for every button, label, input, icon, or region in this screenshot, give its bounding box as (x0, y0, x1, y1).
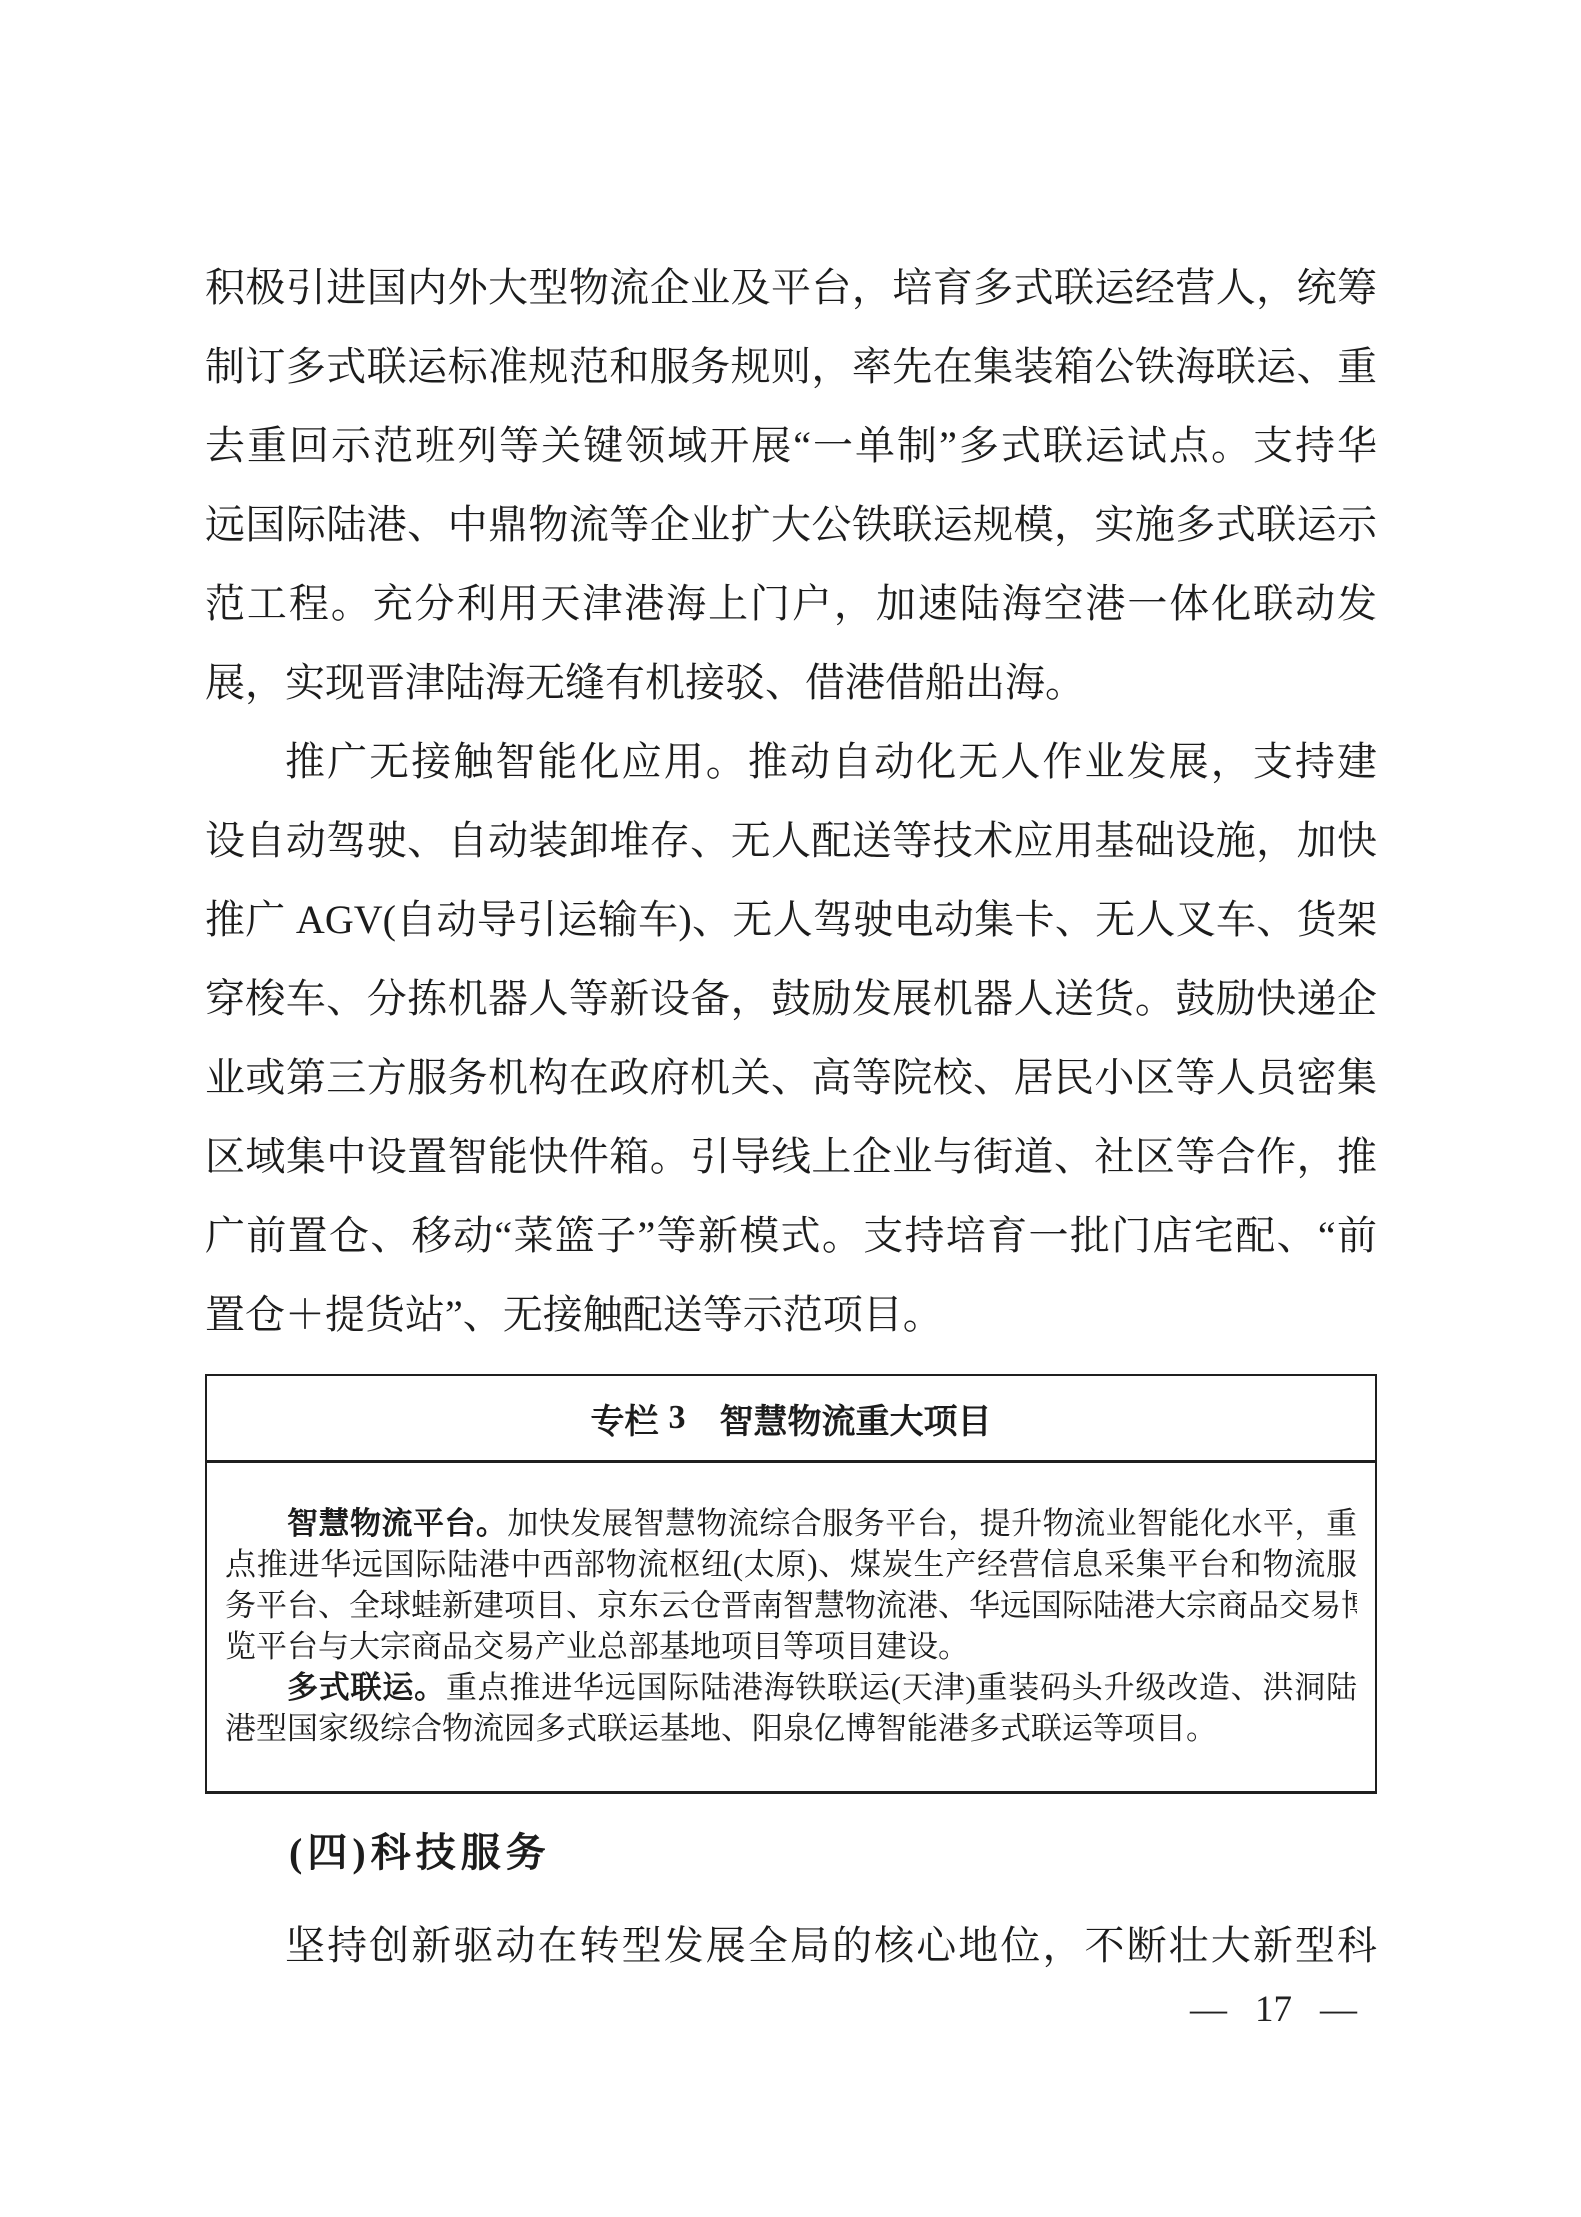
box-title-label: 专栏 (591, 1394, 659, 1443)
body-paragraph-2: 推广无接触智能化应用。推动自动化无人作业发展，支持建 设自动驾驶、自动装卸堆存、… (205, 722, 1377, 1354)
text-line: 远国际陆港、中鼎物流等企业扩大公铁联运规模，实施多式联运示 (205, 485, 1377, 564)
body-paragraph-1: 积极引进国内外大型物流企业及平台，培育多式联运经营人，统筹 制订多式联运标准规范… (205, 248, 1377, 722)
box-title-text: 智慧物流重大项目 (720, 1394, 992, 1443)
text-line: 推广无接触智能化应用。推动自动化无人作业发展，支持建 (205, 722, 1377, 801)
box-text-line: 智慧物流平台。加快发展智慧物流综合服务平台，提升物流业智能化水平，重 (225, 1503, 1357, 1544)
box-text-line: 览平台与大宗商品交易产业总部基地项目等项目建设。 (225, 1626, 1357, 1667)
box-text-line: 点推进华远国际陆港中西部物流枢纽(太原)、煤炭生产经营信息采集平台和物流服 (225, 1544, 1357, 1585)
closing-paragraph: 坚持创新驱动在转型发展全局的核心地位，不断壮大新型科 (205, 1906, 1377, 1985)
text-line: 展，实现晋津陆海无缝有机接驳、借港借船出海。 (205, 643, 1377, 722)
paragraph-text: 加快发展智慧物流综合服务平台，提升物流业智能化水平，重 (507, 1506, 1357, 1541)
text-line: 穿梭车、分拣机器人等新设备，鼓励发展机器人送货。鼓励快递企 (205, 959, 1377, 1038)
box-text-line: 务平台、全球蛙新建项目、京东云仓晋南智慧物流港、华远国际陆港大宗商品交易博 (225, 1585, 1357, 1626)
box-text-line: 港型国家级综合物流园多式联运基地、阳泉亿博智能港多式联运等项目。 (225, 1708, 1357, 1749)
footer-dash-left: — (1190, 1989, 1227, 2031)
text-line: 范工程。充分利用天津港海上门户，加速陆海空港一体化联动发 (205, 564, 1377, 643)
page-footer: — 17 — (205, 1989, 1377, 2031)
paragraph-lead: 多式联运。 (287, 1670, 446, 1705)
callout-box-title: 专栏 3 智慧物流重大项目 (207, 1376, 1375, 1463)
text-line: 业或第三方服务机构在政府机关、高等院校、居民小区等人员密集 (205, 1038, 1377, 1117)
text-line: 广前置仓、移动“菜篮子”等新模式。支持培育一批门店宅配、“前 (205, 1196, 1377, 1275)
paragraph-lead: 智慧物流平台。 (287, 1506, 507, 1541)
section-heading: (四)科技服务 (205, 1828, 1377, 1878)
box-text-line: 多式联运。重点推进华远国际陆港海铁联运(天津)重装码头升级改造、洪洞陆 (225, 1667, 1357, 1708)
footer-dash-right: — (1320, 1989, 1357, 2031)
callout-box-body: 智慧物流平台。加快发展智慧物流综合服务平台，提升物流业智能化水平，重 点推进华远… (207, 1463, 1375, 1791)
text-line: 置仓＋提货站”、无接触配送等示范项目。 (205, 1275, 1377, 1354)
text-line: 设自动驾驶、自动装卸堆存、无人配送等技术应用基础设施，加快 (205, 801, 1377, 880)
document-page: 积极引进国内外大型物流企业及平台，培育多式联运经营人，统筹 制订多式联运标准规范… (0, 0, 1581, 2217)
paragraph-text: 重点推进华远国际陆港海铁联运(天津)重装码头升级改造、洪洞陆 (446, 1670, 1357, 1705)
page-number: 17 (1255, 1989, 1292, 2031)
text-line: 制订多式联运标准规范和服务规则，率先在集装箱公铁海联运、重 (205, 327, 1377, 406)
text-line: 去重回示范班列等关键领域开展“一单制”多式联运试点。支持华 (205, 406, 1377, 485)
text-line: 区域集中设置智能快件箱。引导线上企业与街道、社区等合作，推 (205, 1117, 1377, 1196)
box-title-number: 3 (669, 1399, 686, 1437)
text-line: 积极引进国内外大型物流企业及平台，培育多式联运经营人，统筹 (205, 248, 1377, 327)
text-line: 推广 AGV(自动导引运输车)、无人驾驶电动集卡、无人叉车、货架 (205, 880, 1377, 959)
callout-box: 专栏 3 智慧物流重大项目 智慧物流平台。加快发展智慧物流综合服务平台，提升物流… (205, 1374, 1377, 1794)
text-line: 坚持创新驱动在转型发展全局的核心地位，不断壮大新型科 (205, 1906, 1377, 1985)
